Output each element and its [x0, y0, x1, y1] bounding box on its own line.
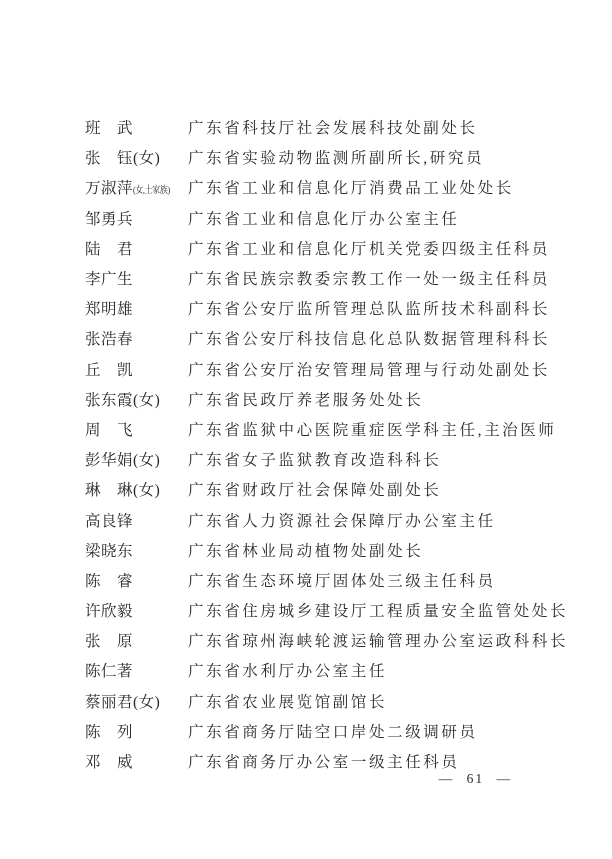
person-name: 蔡丽君(女) [85, 690, 188, 712]
roster-row: 彭华娟(女) 广东省女子监狱教育改造科科长 [85, 444, 582, 474]
person-position: 广东省科技厅社会发展科技处副处长 [188, 116, 478, 138]
person-position: 广东省女子监狱教育改造科科长 [188, 448, 441, 470]
person-name: 琳 琳(女) [85, 478, 188, 500]
person-name: 张浩春 [85, 327, 188, 349]
person-name-text: 许欣毅 [85, 603, 133, 620]
roster-row: 丘 凯 广东省公安厅治安管理局管理与行动处副处长 [85, 354, 582, 384]
document-page: 班 武 广东省科技厅社会发展科技处副处长 张 钰(女) 广东省实验动物监测所副所… [0, 0, 612, 859]
person-position: 广东省商务厅办公室一级主任科员 [188, 750, 460, 772]
person-name-text: 周 飞 [85, 422, 133, 439]
roster-row: 邹勇兵 广东省工业和信息化厅办公室主任 [85, 203, 582, 233]
person-name: 陈 睿 [85, 569, 188, 591]
person-name-text: 邹勇兵 [85, 211, 133, 228]
person-name: 张东霞(女) [85, 388, 188, 410]
person-name: 陈 列 [85, 720, 188, 742]
person-name: 高良锋 [85, 509, 188, 531]
roster-row: 梁晓东 广东省林业局动植物处副处长 [85, 535, 582, 565]
person-name-text: 彭华娟(女) [85, 452, 160, 469]
roster-row: 郑明雄 广东省公安厅监所管理总队监所技术科副科长 [85, 293, 582, 323]
person-name-text: 张东霞(女) [85, 392, 160, 409]
person-position: 广东省商务厅陆空口岸处二级调研员 [188, 720, 478, 742]
person-name-text: 陈 睿 [85, 573, 133, 590]
person-name-text: 梁晓东 [85, 543, 133, 560]
roster-row: 陈 睿 广东省生态环境厅固体处三级主任科员 [85, 565, 582, 595]
person-position: 广东省工业和信息化厅消费品工业处处长 [188, 176, 514, 198]
roster-row: 周 飞 广东省监狱中心医院重症医学科主任,主治医师 [85, 414, 582, 444]
person-name-text: 琳 琳(女) [85, 482, 160, 499]
roster-row: 张东霞(女) 广东省民政厅养老服务处处长 [85, 384, 582, 414]
person-position: 广东省实验动物监测所副所长,研究员 [188, 146, 484, 168]
roster-row: 琳 琳(女) 广东省财政厅社会保障处副处长 [85, 474, 582, 504]
person-name: 郑明雄 [85, 297, 188, 319]
person-position: 广东省水利厅办公室主任 [188, 659, 387, 681]
person-name-text: 陆 君 [85, 241, 133, 258]
person-name-text: 蔡丽君(女) [85, 694, 160, 711]
person-name-text: 丘 凯 [85, 362, 133, 379]
person-name: 张 钰(女) [85, 146, 188, 168]
person-position: 广东省民族宗教委宗教工作一处一级主任科员 [188, 267, 550, 289]
person-name: 梁晓东 [85, 539, 188, 561]
person-name-text: 班 武 [85, 120, 133, 137]
person-position: 广东省公安厅监所管理总队监所技术科副科长 [188, 297, 550, 319]
person-name: 周 飞 [85, 418, 188, 440]
roster-row: 万淑萍(女,土家族) 广东省工业和信息化厅消费品工业处处长 [85, 172, 582, 202]
person-name: 万淑萍(女,土家族) [85, 176, 188, 198]
person-name: 陈仁著 [85, 659, 188, 681]
person-position: 广东省农业展览馆副馆长 [188, 690, 387, 712]
roster-row: 张 原 广东省琼州海峡轮渡运输管理办公室运政科科长 [85, 625, 582, 655]
roster-row: 张 钰(女) 广东省实验动物监测所副所长,研究员 [85, 142, 582, 172]
person-position: 广东省公安厅科技信息化总队数据管理科科长 [188, 327, 550, 349]
person-position: 广东省林业局动植物处副处长 [188, 539, 423, 561]
person-position: 广东省住房城乡建设厅工程质量安全监管处处长 [188, 599, 568, 621]
person-position: 广东省琼州海峡轮渡运输管理办公室运政科科长 [188, 629, 568, 651]
person-name: 张 原 [85, 629, 188, 651]
person-name-text: 陈 列 [85, 724, 133, 741]
person-name-text: 陈仁著 [85, 663, 133, 680]
person-name-text: 李广生 [85, 271, 133, 288]
roster-row: 陈 列 广东省商务厅陆空口岸处二级调研员 [85, 716, 582, 746]
roster-row: 陆 君 广东省工业和信息化厅机关党委四级主任科员 [85, 233, 582, 263]
person-name-text: 张 钰(女) [85, 150, 160, 167]
person-name-text: 张浩春 [85, 331, 133, 348]
person-name-text: 邓 威 [85, 754, 133, 771]
roster-row: 许欣毅 广东省住房城乡建设厅工程质量安全监管处处长 [85, 595, 582, 625]
person-position: 广东省生态环境厅固体处三级主任科员 [188, 569, 496, 591]
page-number: — 61 — [439, 771, 512, 787]
person-name-text: 郑明雄 [85, 301, 133, 318]
person-name-text: 高良锋 [85, 513, 133, 530]
page-number-text: — 61 — [439, 771, 512, 786]
person-name: 陆 君 [85, 237, 188, 259]
person-position: 广东省民政厅养老服务处处长 [188, 388, 423, 410]
roster-list: 班 武 广东省科技厅社会发展科技处副处长 张 钰(女) 广东省实验动物监测所副所… [85, 112, 582, 776]
person-position: 广东省财政厅社会保障处副处长 [188, 478, 441, 500]
person-name-text: 张 原 [85, 633, 133, 650]
person-name: 李广生 [85, 267, 188, 289]
person-name-text: 万淑萍 [85, 180, 133, 197]
person-name-note: (女,土家族) [133, 182, 170, 196]
person-position: 广东省人力资源社会保障厅办公室主任 [188, 509, 496, 531]
person-name: 丘 凯 [85, 358, 188, 380]
roster-row: 蔡丽君(女) 广东省农业展览馆副馆长 [85, 686, 582, 716]
person-name: 班 武 [85, 116, 188, 138]
person-position: 广东省监狱中心医院重症医学科主任,主治医师 [188, 418, 556, 440]
person-name: 许欣毅 [85, 599, 188, 621]
roster-row: 张浩春 广东省公安厅科技信息化总队数据管理科科长 [85, 323, 582, 353]
roster-row: 陈仁著 广东省水利厅办公室主任 [85, 655, 582, 685]
person-name: 邓 威 [85, 750, 188, 772]
person-position: 广东省工业和信息化厅机关党委四级主任科员 [188, 237, 550, 259]
person-name: 邹勇兵 [85, 207, 188, 229]
roster-row: 李广生 广东省民族宗教委宗教工作一处一级主任科员 [85, 263, 582, 293]
person-name: 彭华娟(女) [85, 448, 188, 470]
person-position: 广东省公安厅治安管理局管理与行动处副处长 [188, 358, 550, 380]
roster-row: 高良锋 广东省人力资源社会保障厅办公室主任 [85, 504, 582, 534]
roster-row: 班 武 广东省科技厅社会发展科技处副处长 [85, 112, 582, 142]
person-position: 广东省工业和信息化厅办公室主任 [188, 207, 460, 229]
